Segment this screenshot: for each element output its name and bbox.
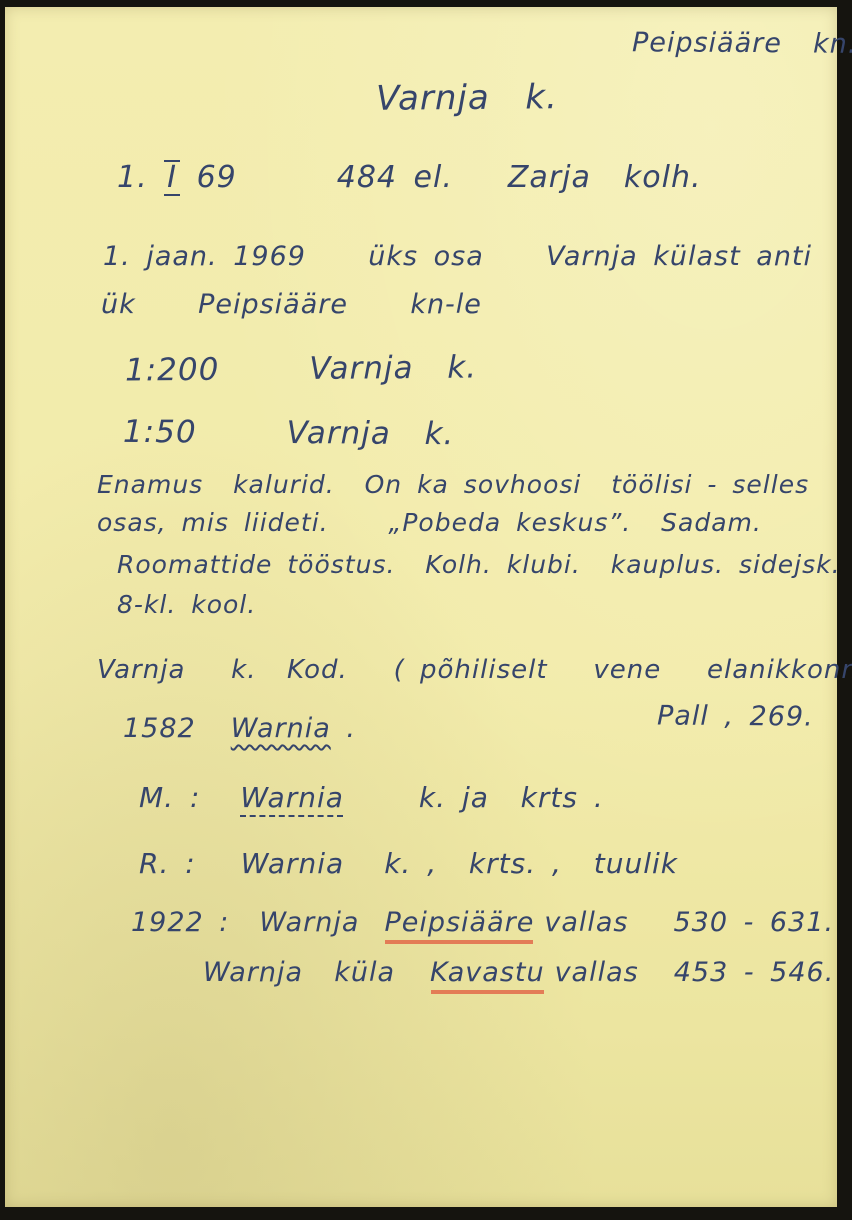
map-source-m-line: M. : Warnia k. ja krts . (139, 781, 604, 814)
description-line1-text: Enamus kalurid. On ka sovhoosi töölisi -… (97, 470, 809, 499)
note-1969-line2-text: ük Peipsiääre kn-le (101, 289, 482, 320)
census-year: 1922 : (131, 907, 229, 938)
scale-entry-2: 1:50 Varnja k. (123, 414, 455, 452)
scale-ratio: 1:200 (125, 352, 220, 389)
note-1969-line1-text: 1. jaan. 1969 üks osa Varnja külast anti (103, 241, 812, 272)
page-title-text: Varnja k. (376, 77, 558, 119)
stat-date: 1. (117, 160, 164, 195)
corner-note-text: Peipsiääre kn. (632, 27, 852, 60)
note-1969-line1: 1. jaan. 1969 üks osa Varnja külast anti (103, 241, 812, 272)
page-title: Varnja k. (376, 77, 558, 119)
map-source-r-line: R. : Warnia k. , krts. , tuulik (139, 847, 678, 880)
reference-citation: Pall , 269. (657, 700, 814, 732)
scale-entry-1: 1:200 Varnja k. (125, 349, 477, 388)
census-1922-row2: Warnja küla Kavastu vallas 453 - 546. (203, 957, 834, 990)
description-line4-text: 8-kl. kool. (117, 590, 256, 619)
kod-note-text: Varnja k. Kod. ( põhiliselt vene elanikk… (97, 655, 852, 685)
description-line1: Enamus kalurid. On ka sovhoosi töölisi -… (97, 470, 809, 499)
note-1969-line2: ük Peipsiääre kn-le (101, 289, 482, 320)
description-line3: Roomattide tööstus. Kolh. klubi. kauplus… (117, 550, 841, 579)
census-pages: 453 - 546. (674, 957, 835, 988)
description-line3-text: Roomattide tööstus. Kolh. klubi. kauplus… (117, 550, 841, 579)
scale-place: Varnja k. (286, 415, 454, 452)
attestation-1582: 1582 Warnia . (123, 713, 356, 744)
attestation-name: Warnia (231, 713, 331, 744)
census-parish-suffix: vallas (555, 957, 639, 988)
stat-date-year: 69 (180, 160, 237, 195)
map-source-label: R. : (139, 847, 196, 880)
census-parish: Peipsiääre (384, 907, 534, 940)
stat-line: 1. I 69 484 el. Zarja kolh. (117, 160, 702, 196)
corner-note: Peipsiääre kn. (632, 27, 852, 60)
map-details: k. ja krts . (419, 781, 604, 814)
map-place-name: Warnia (241, 847, 345, 880)
map-source-label: M. : (139, 781, 200, 814)
kod-note: Varnja k. Kod. ( põhiliselt vene elanikk… (97, 655, 852, 685)
description-line4: 8-kl. kool. (117, 590, 256, 619)
census-1922-row1: 1922 : Warnja Peipsiääre vallas 530 - 63… (131, 907, 834, 940)
attestation-end: . (331, 713, 356, 744)
paper-background: Peipsiääre kn. Varnja k. 1. I 69 484 el.… (5, 7, 837, 1207)
map-details: k. , krts. , tuulik (384, 847, 678, 880)
map-place-name: Warnia (240, 781, 344, 814)
scale-place: Varnja k. (309, 349, 477, 386)
census-parish-suffix: vallas (544, 907, 628, 938)
description-line2: osas, mis liideti. „Pobeda keskus”. Sada… (97, 508, 762, 537)
census-place: Warnja (259, 907, 359, 938)
stat-kolkhoz: Zarja kolh. (508, 160, 702, 195)
census-parish: Kavastu (430, 957, 545, 990)
attestation-year: 1582 (123, 713, 196, 744)
census-place: Warnja küla (203, 957, 395, 988)
description-line2-text: osas, mis liideti. „Pobeda keskus”. Sada… (97, 508, 762, 537)
scale-ratio: 1:50 (123, 414, 197, 451)
scanned-card: Peipsiääre kn. Varnja k. 1. I 69 484 el.… (0, 0, 852, 1220)
stat-population: 484 el. (337, 160, 453, 195)
census-pages: 530 - 631. (673, 907, 834, 938)
reference-text: Pall , 269. (657, 700, 814, 732)
stat-date-roman-numeral: I (164, 160, 180, 196)
